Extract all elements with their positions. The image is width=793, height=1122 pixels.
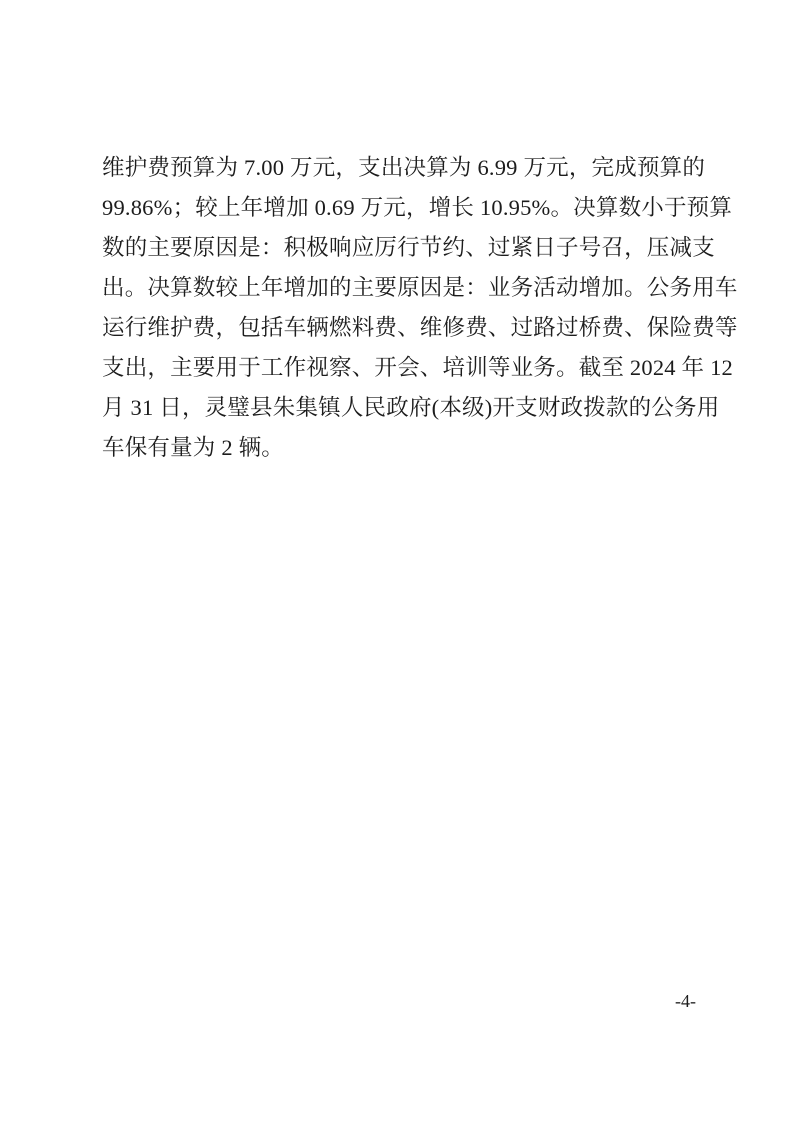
text-line: 支出，主要用于工作视察、开会、培训等业务。截至 2024 年 12 <box>102 348 694 388</box>
page-number: -4- <box>675 990 696 1012</box>
text-line: 99.86%；较上年增加 0.69 万元，增长 10.95%。决算数小于预算 <box>102 188 694 228</box>
body-paragraph: 维护费预算为 7.00 万元，支出决算为 6.99 万元，完成预算的 99.86… <box>102 148 694 468</box>
document-page: 维护费预算为 7.00 万元，支出决算为 6.99 万元，完成预算的 99.86… <box>0 0 793 1122</box>
text-line: 月 31 日，灵璧县朱集镇人民政府(本级)开支财政拨款的公务用 <box>102 388 694 428</box>
text-line: 数的主要原因是：积极响应厉行节约、过紧日子号召，压减支 <box>102 228 694 268</box>
text-line: 车保有量为 2 辆。 <box>102 428 694 468</box>
text-line: 维护费预算为 7.00 万元，支出决算为 6.99 万元，完成预算的 <box>102 148 694 188</box>
text-line: 出。决算数较上年增加的主要原因是：业务活动增加。公务用车 <box>102 268 694 308</box>
text-line: 运行维护费，包括车辆燃料费、维修费、过路过桥费、保险费等 <box>102 308 694 348</box>
